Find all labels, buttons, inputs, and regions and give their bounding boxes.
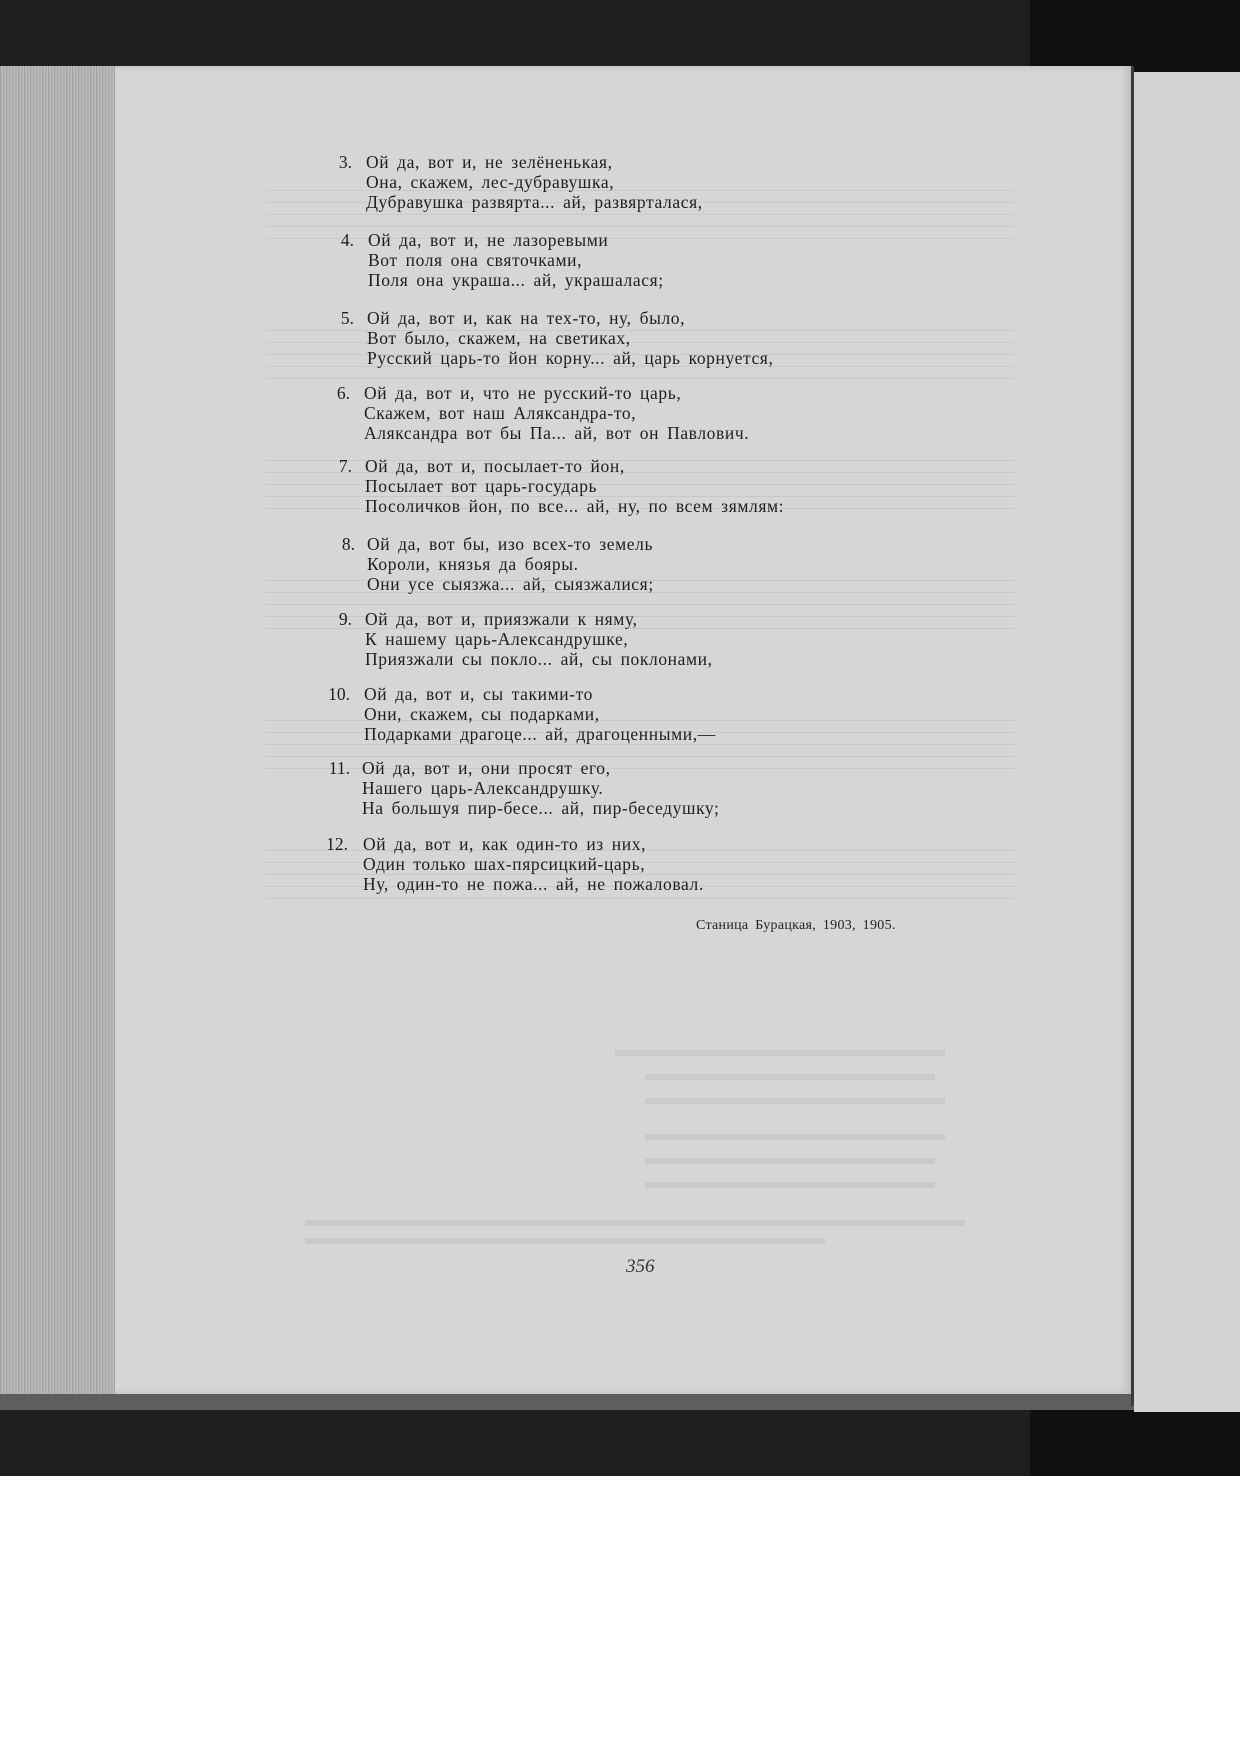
- lyric-line: Один только шах-пярсицкий-царь,: [363, 854, 645, 875]
- lyric-line: Ой да, вот и, сы такими-то: [364, 684, 593, 705]
- lyric-line: Поля она украша... ай, украшалася;: [368, 270, 664, 291]
- stanza-number: 3.: [312, 152, 352, 173]
- lyric-line: К нашему царь-Александрушке,: [365, 629, 628, 650]
- lyric-line: Ой да, вот и, как один-то из них,: [363, 834, 646, 855]
- lyric-line: Они, скажем, сы подарками,: [364, 704, 600, 725]
- lyric-line: Ой да, вот и, не зелёненькая,: [366, 152, 613, 173]
- lyric-line: Они усе сыязжа... ай, сыязжалися;: [367, 574, 654, 595]
- stanza-number: 8.: [315, 534, 355, 555]
- lyric-line: Подарками драгоце... ай, драгоценными,—: [364, 724, 716, 745]
- book-page-edges: [0, 66, 118, 1406]
- stanza-number: 7.: [312, 456, 352, 477]
- stanza-number: 6.: [310, 383, 350, 404]
- lyric-line: Ну, один-то не пожа... ай, не пожаловал.: [363, 874, 704, 895]
- stanza-number: 12.: [308, 834, 348, 855]
- stanza-number: 4.: [314, 230, 354, 251]
- lyric-line: Дубравушка развярта... ай, развярталася,: [366, 192, 703, 213]
- book-bottom-edge: [0, 1394, 1240, 1410]
- lyric-line: Ой да, вот и, приязжали к няму,: [365, 609, 638, 630]
- book-gutter: [1131, 66, 1134, 1406]
- stanza-number: 11.: [310, 758, 350, 779]
- lyric-line: Короли, князья да бояры.: [367, 554, 579, 575]
- lyric-line: Ой да, вот бы, изо всех-то земель: [367, 534, 653, 555]
- lyric-line: Ой да, вот и, посылает-то йон,: [365, 456, 625, 477]
- lyric-line: Ой да, вот и, они просят его,: [362, 758, 611, 779]
- lyric-line: Ой да, вот и, что не русский-то царь,: [364, 383, 681, 404]
- lyric-line: Ой да, вот и, как на тех-то, ну, было,: [367, 308, 685, 329]
- stanza-number: 5.: [314, 308, 354, 329]
- stanza-number: 10.: [310, 684, 350, 705]
- lyric-line: Ой да, вот и, не лазоревыми: [368, 230, 608, 251]
- bleed-through-text: [265, 1030, 1015, 1260]
- lyric-line: Приязжали сы покло... ай, сы поклонами,: [365, 649, 713, 670]
- lyric-line: Посоличков йон, по все... ай, ну, по все…: [365, 496, 784, 517]
- lyric-line: Она, скажем, лес-дубравушка,: [366, 172, 614, 193]
- lyric-line: Вот было, скажем, на светиках,: [367, 328, 631, 349]
- page-number: 356: [626, 1256, 655, 1278]
- lyric-line: Нашего царь-Александрушку.: [362, 778, 603, 799]
- stanza-number: 9.: [312, 609, 352, 630]
- lyric-line: На большуя пир-бесе... ай, пир-беседушку…: [362, 798, 720, 819]
- lyric-line: Вот поля она святочками,: [368, 250, 582, 271]
- source-attribution: Станица Бурацкая, 1903, 1905.: [696, 918, 896, 934]
- lyric-line: Скажем, вот наш Аляксандра-то,: [364, 403, 636, 424]
- lyric-line: Русский царь-то йон корну... ай, царь ко…: [367, 348, 773, 369]
- right-page: [1134, 72, 1240, 1412]
- lyric-line: Посылает вот царь-государь: [365, 476, 597, 497]
- lyric-line: Аляксандра вот бы Па... ай, вот он Павло…: [364, 423, 749, 444]
